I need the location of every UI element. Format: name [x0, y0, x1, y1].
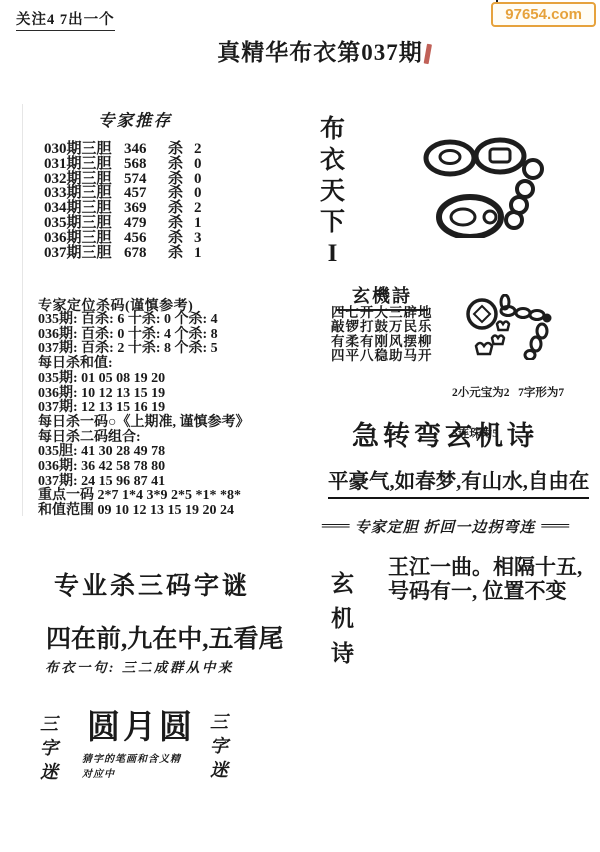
sharp-turn-verse: 平豪气,如春梦,有山水,自由在: [328, 464, 589, 499]
vertical-char: 布: [320, 114, 345, 145]
page-title: 真精华布衣第037期: [217, 40, 423, 65]
kill-value: 1: [194, 246, 202, 261]
divider-bars-left: ═══: [322, 519, 349, 535]
kill-value: 2: [194, 201, 202, 216]
dan-cell: 456: [124, 231, 168, 246]
dan-cell: 457: [124, 186, 168, 201]
kill-line: 重点一码 2*7 1*4 3*9 2*5 *1* *8*: [38, 489, 249, 504]
period-cell: 031期三胆: [44, 157, 124, 172]
period-cell: 034期三胆: [44, 201, 124, 216]
kill-line: 和值范围 09 10 12 13 15 19 20 24: [38, 504, 249, 519]
period-cell: 030期三胆: [44, 142, 124, 157]
kill-label: 杀: [168, 231, 194, 246]
kill-line: 036期: 10 12 13 15 19: [38, 387, 249, 402]
three-word-label-left: 三 字 迷: [40, 712, 58, 784]
kill-value: 0: [194, 186, 202, 201]
kill-line: 035胆: 41 30 28 49 78: [38, 445, 249, 460]
kill-line: 037期: 12 13 15 16 19: [38, 401, 249, 416]
follow-note: 关注4 7出一个: [16, 8, 115, 31]
kill-line: 035期: 百杀: 6 十杀: 0 个杀: 4: [38, 313, 249, 328]
mystic-verse: 王江一曲。相隔十五, 号码有一, 位置不变: [388, 556, 582, 603]
poem-line: 四平八稳助马开: [331, 349, 433, 363]
vertical-char: 机: [331, 601, 354, 636]
table-row: 035期三胆479杀1: [44, 216, 202, 231]
divider-text: 专家定胆 折回一边拐弯连: [355, 516, 536, 537]
answer-caption: 猜字的笔画和含义精 对应中: [82, 752, 181, 782]
buyi-tianxia-vertical-title: 布 衣 天 下 I: [320, 114, 345, 269]
dan-cell: 346: [124, 142, 168, 157]
mystic-poem: 四七开大三辟地 敲锣打鼓万民乐 有柔有刚风摆柳 四平八稳助马开: [331, 306, 433, 363]
coins-doodle: [420, 136, 548, 243]
period-cell: 035期三胆: [44, 216, 124, 231]
period-cell: 033期三胆: [44, 186, 124, 201]
kill-line: 036期: 36 42 58 78 80: [38, 460, 249, 475]
period-cell: 036期三胆: [44, 231, 124, 246]
vertical-char: 迷: [210, 758, 228, 782]
expert-recommend-title: 专家推存: [30, 107, 240, 131]
site-watermark-badge: 97654.com: [491, 2, 596, 27]
buyi-lottery-sheet: 关注4 7出一个 97654.com 真精华布衣第037期 专家推存 030期三…: [0, 0, 600, 852]
riddle-section-title: 专业杀三码字谜: [54, 566, 250, 602]
table-row: 036期三胆456杀3: [44, 231, 202, 246]
kill-line: 每日杀一码○《上期准, 谨慎参考》: [38, 416, 249, 431]
vertical-char: 字: [40, 736, 58, 760]
mystic-poem-vertical-label: 玄 机 诗: [331, 566, 354, 671]
dan-cell: 568: [124, 157, 168, 172]
caption-line: 猜字的笔画和含义精: [82, 752, 181, 767]
verse-line: 号码有一, 位置不变: [388, 580, 582, 604]
table-row: 031期三胆568杀0: [44, 157, 202, 172]
vertical-char: 衣: [320, 145, 345, 176]
kill-line: 035期: 01 05 08 19 20: [38, 372, 249, 387]
kill-value: 3: [194, 231, 202, 246]
table-row: 030期三胆346杀2: [44, 142, 202, 157]
vertical-char: I: [320, 238, 345, 269]
poem-line: 敲锣打鼓万民乐: [331, 320, 433, 334]
kill-line: 每日杀和值:: [38, 357, 249, 372]
poem-line: 有柔有刚风摆柳: [331, 335, 433, 349]
three-word-label-right: 三 字 迷: [210, 710, 228, 782]
vertical-char: 天: [320, 176, 345, 207]
kill-value: 0: [194, 157, 202, 172]
vertical-char: 三: [40, 712, 58, 736]
dan-cell: 678: [124, 246, 168, 261]
divider-bars-right: ═══: [541, 519, 568, 535]
dan-cell: 574: [124, 172, 168, 187]
kill-value: 1: [194, 216, 202, 231]
kill-value: 0: [194, 172, 202, 187]
vertical-char: 诗: [331, 636, 354, 671]
dan-cell: 369: [124, 201, 168, 216]
vertical-char: 玄: [331, 566, 354, 601]
kill-label: 杀: [168, 142, 194, 157]
sharp-turn-title: 急转弯玄机诗: [300, 414, 590, 453]
scan-border-line: [22, 104, 23, 516]
kill-line: 037期: 百杀: 2 十杀: 8 个杀: 5: [38, 342, 249, 357]
kill-value: 2: [194, 142, 202, 157]
expert-dan-divider: ═══ 专家定胆 折回一边拐弯连 ═══: [300, 516, 590, 537]
vertical-char: 三: [210, 710, 228, 734]
period-cell: 037期三胆: [44, 246, 124, 261]
kill-label: 杀: [168, 216, 194, 231]
red-ink-mark: [423, 44, 431, 65]
dan-history-table: 030期三胆346杀2 031期三胆568杀0 032期三胆574杀0 033期…: [44, 142, 202, 260]
kill-label: 杀: [168, 201, 194, 216]
table-row: 033期三胆457杀0: [44, 186, 202, 201]
riddle-verse: 四在前,九在中,五看尾: [46, 619, 284, 655]
buyi-sentence: 布衣一句: 三二成群从中来: [45, 656, 234, 676]
vertical-char: 迷: [40, 760, 58, 784]
caption-line: 2小元宝为2 7字形为7: [452, 387, 564, 401]
kill-label: 杀: [168, 246, 194, 261]
table-row: 037期三胆678杀1: [44, 246, 202, 261]
three-word-answer: 圆月圆: [87, 701, 195, 748]
vertical-char: 下: [320, 207, 345, 238]
caption-line: 对应中: [82, 767, 181, 782]
page-title-row: 真精华布衣第037期: [0, 34, 600, 67]
verse-line: 王江一曲。相隔十五,: [388, 556, 582, 580]
ingot-beads-doodle: [464, 294, 558, 365]
table-row: 034期三胆369杀2: [44, 201, 202, 216]
vertical-char: 字: [210, 734, 228, 758]
kill-label: 杀: [168, 186, 194, 201]
kill-label: 杀: [168, 157, 194, 172]
kill-lines-block: 035期: 百杀: 6 十杀: 0 个杀: 4 036期: 百杀: 0 十杀: …: [38, 313, 249, 519]
dan-cell: 479: [124, 216, 168, 231]
